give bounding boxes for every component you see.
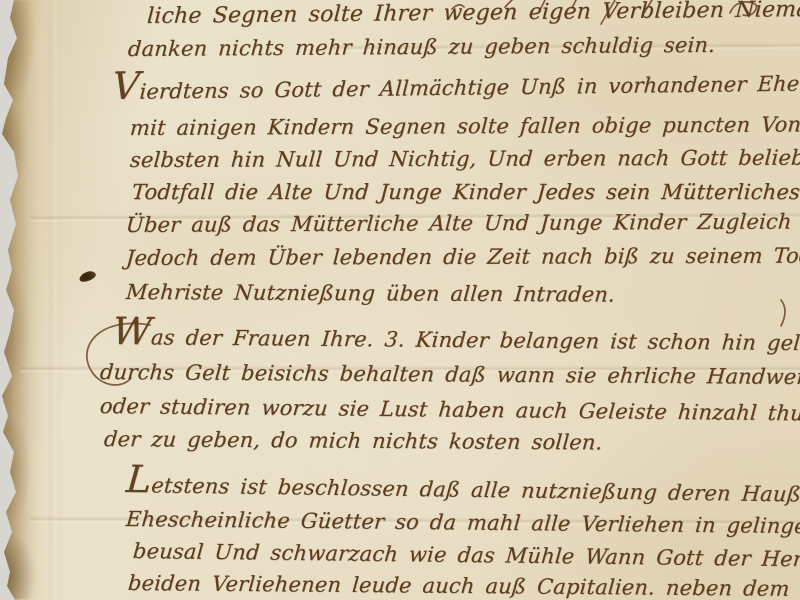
ink-blot [78,270,97,284]
manuscript-line-12: oder studiren worzu sie Lust haben auch … [99,394,800,425]
manuscript-line-5: selbsten hin Null Und Nichtig, Und erben… [129,145,800,172]
manuscript-line-16: beusal Und schwarzach wie das Mühle Wann… [132,539,800,572]
manuscript-line-15: Ehescheinliche Güetter so da mahl alle V… [125,507,800,538]
manuscript-line-3: Vierdtens so Gott der Allmächtige Unß in… [111,72,800,104]
manuscript-line-9: Mehriste Nutznießung üben allen Intraden… [125,280,616,307]
manuscript-line-4: mit ainigen Kindern Segnen solte fallen … [129,112,800,140]
manuscript-line-17: beiden Verliehenen leude auch auß Capita… [127,571,800,600]
manuscript-line-14: Letstens ist beschlossen daß alle nutzni… [125,473,800,507]
manuscript-line-1: liche Segnen solte Ihrer wegen eigen Ver… [146,0,800,29]
manuscript-line-2: danken nichts mehr hinauß zu geben schul… [127,33,716,61]
flourish-mark [781,300,785,326]
manuscript-line-10: Was der Frauen Ihre. 3. Kinder belangen … [111,325,800,356]
paper-sheet: liche Segnen solte Ihrer wegen eigen Ver… [0,0,800,600]
manuscript-line-11: durchs Gelt beisichs behalten daß wann s… [99,360,800,389]
manuscript-line-13: der zu geben, do mich nichts kosten soll… [103,427,603,454]
manuscript-line-6: Todtfall die Alte Und Junge Kinder Jedes… [131,180,800,204]
vertical-fold-crease [50,0,60,600]
manuscript-scan: liche Segnen solte Ihrer wegen eigen Ver… [0,0,800,600]
manuscript-line-8: Jedoch dem Über lebenden die Zeit nach b… [125,243,800,270]
paper-torn-edge [0,0,50,600]
manuscript-line-7: Über auß das Mütterliche Alte Und Junge … [125,210,792,237]
